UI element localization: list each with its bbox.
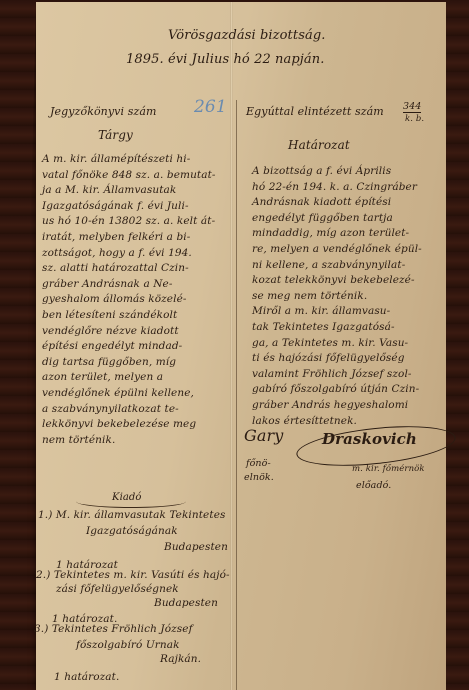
subject-line: vendéglőnek épülni kellene, xyxy=(42,386,216,402)
distribution-item-3-line1: 3.) Tekintetes Fröhlich József xyxy=(34,622,193,638)
decision-line: ti és hajózási főfelügyelőség xyxy=(252,351,422,367)
distribution-item-1-line2: Igazgatóságának xyxy=(86,524,178,540)
distribution-item-2-place: Budapesten xyxy=(154,596,218,612)
decision-line: mindaddig, míg azon terület- xyxy=(252,226,422,242)
decision-line: hó 22-én 194. k. a. Czingráber xyxy=(252,180,422,196)
decision-line: gráber András hegyeshalomi xyxy=(252,398,422,414)
subject-line: ben létesíteni szándékolt xyxy=(42,308,216,324)
decision-line: A bizottság a f. évi Április xyxy=(252,164,422,180)
subject-line: us hó 10-én 13802 sz. a. kelt át- xyxy=(42,214,216,230)
subject-text: A m. kir. államépítészeti hi- vatal főnö… xyxy=(42,152,216,448)
decision-line: ga, a Tekintetes m. kir. Vasu- xyxy=(252,336,422,352)
decision-line: gabíró főszolgabíró útján Czin- xyxy=(252,382,422,398)
subject-line: ja a M. kir. Államvasutak xyxy=(42,183,216,199)
subject-line: nem történik. xyxy=(42,433,216,449)
rapporteur-role: előadó. xyxy=(356,478,391,494)
decision-line: engedélyt függőben tartja xyxy=(252,211,422,227)
decision-line: re, melyen a vendéglőnek épül- xyxy=(252,242,422,258)
committee-name: Vörösgazdási bizottság. xyxy=(168,28,325,44)
subject-line: a szabványnyilatkozat te- xyxy=(42,402,216,418)
subject-line: vatal főnöke 848 sz. a. bemutat- xyxy=(42,168,216,184)
subject-line: iratát, melyben felkéri a bi- xyxy=(42,230,216,246)
decision-line: Andrásnak kiadott építési xyxy=(252,195,422,211)
chair-role: elnök. xyxy=(244,470,274,486)
decision-heading: Határozat xyxy=(288,138,350,154)
subject-line: azon terület, melyen a xyxy=(42,370,216,386)
subject-line: vendéglőre nézve kiadott xyxy=(42,324,216,340)
subject-line: gráber Andrásnak a Ne- xyxy=(42,277,216,293)
also-resolved-label: Egyúttal elintézett szám xyxy=(246,104,384,120)
rapporteur-signature: Draskovich xyxy=(322,432,417,448)
decision-line: se meg nem történik. xyxy=(252,289,422,305)
heading-underline xyxy=(76,495,186,508)
record-number: 261 xyxy=(194,100,227,116)
decision-line: ni kellene, a szabványnyilat- xyxy=(252,258,422,274)
subject-heading: Tárgy xyxy=(98,128,133,144)
rapporteur-title: m. kir. főmérnök xyxy=(352,462,425,478)
subject-line: zottságot, hogy a f. évi 194. xyxy=(42,246,216,262)
also-resolved-number: 344 xyxy=(403,101,421,113)
subject-line: sz. alatti határozattal Czin- xyxy=(42,261,216,277)
subject-line: dig tartsa függőben, míg xyxy=(42,355,216,371)
distribution-item-3-place: Rajkán. xyxy=(160,652,201,668)
meeting-date: 1895. évi Julius hó 22 napján. xyxy=(126,52,325,68)
decision-line: kozat telekkönyvi bekebelezé- xyxy=(252,273,422,289)
decision-line: Miről a m. kir. államvasu- xyxy=(252,304,422,320)
decision-line: valamint Fröhlich József szol- xyxy=(252,367,422,383)
distribution-item-3-enclosure: 1 határozat. xyxy=(54,670,119,686)
decision-line: tak Tekintetes Igazgatósá- xyxy=(252,320,422,336)
subject-line: lekkönyvi bekebelezése meg xyxy=(42,417,216,433)
decision-text: A bizottság a f. évi Április hó 22-én 19… xyxy=(252,164,422,429)
subject-line: építési engedélyt mindad- xyxy=(42,339,216,355)
margin-rule xyxy=(236,100,237,690)
distribution-item-1-line1: 1.) M. kir. államvasutak Tekintetes xyxy=(38,508,226,524)
subject-line: Igazgatóságának f. évi Juli- xyxy=(42,199,216,215)
subject-line: gyeshalom állomás közelé- xyxy=(42,292,216,308)
record-number-label: Jegyzőkönyvi szám xyxy=(50,104,157,120)
also-resolved-sub: k. b. xyxy=(405,114,424,124)
chair-signature: Gary xyxy=(244,428,283,444)
page-fold xyxy=(230,2,233,690)
distribution-item-1-place: Budapesten xyxy=(164,540,228,556)
subject-line: A m. kir. államépítészeti hi- xyxy=(42,152,216,168)
